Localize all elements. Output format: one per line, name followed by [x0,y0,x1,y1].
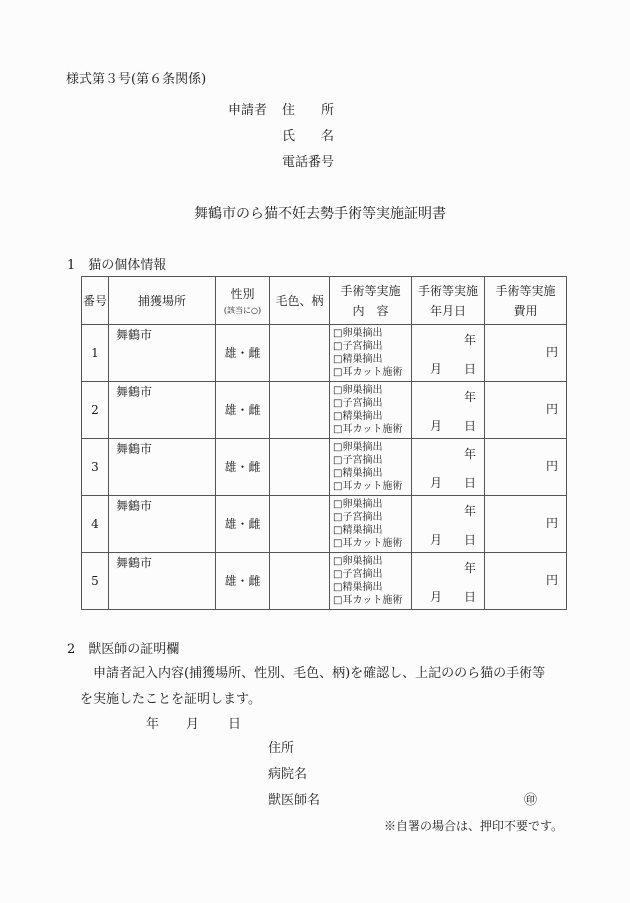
header-color: 毛色、柄 [270,277,330,325]
checkbox-testis-removal[interactable]: □精巣摘出 [333,467,411,480]
cat-info-table: 番号 捕獲場所 性別 (該当に○) 毛色、柄 手術等実施 内 容 手術等実施 年… [81,276,567,610]
cell-color[interactable] [270,325,330,382]
cell-number: 3 [82,439,109,496]
header-procedure-line1: 手術等実施 [330,281,411,301]
cell-sex[interactable]: 雄・雌 [216,382,270,439]
cert-date-month-label: 月 [186,717,199,733]
applicant-name-label: 氏 名 [282,129,334,145]
cell-date[interactable]: 年 月 日 [412,439,485,496]
checkbox-ovary-removal[interactable]: □卵巣摘出 [333,327,411,340]
cell-place[interactable]: 舞鶴市 [109,439,216,496]
checkbox-uterus-removal[interactable]: □子宮摘出 [333,340,411,353]
document-title: 舞鶴市のら猫不妊去勢手術等実施証明書 [194,205,446,223]
applicant-phone-label: 電話番号 [282,155,334,171]
table-row: 5 舞鶴市 雄・雌 □卵巣摘出 □子宮摘出 □精巣摘出 □耳カット施術 年 月 … [82,553,567,610]
cell-cost[interactable]: 円 [485,439,567,496]
certification-text-line1: 申請者記入内容(捕獲場所、性別、毛色、柄)を確認し、上記ののら猫の手術等 [93,666,545,682]
table-row: 4 舞鶴市 雄・雌 □卵巣摘出 □子宮摘出 □精巣摘出 □耳カット施術 年 月 … [82,496,567,553]
cell-procedures: □卵巣摘出 □子宮摘出 □精巣摘出 □耳カット施術 [330,553,412,610]
cell-procedures: □卵巣摘出 □子宮摘出 □精巣摘出 □耳カット施術 [330,325,412,382]
date-year-label: 年 [464,561,476,576]
cost-yen-label: 円 [546,573,558,588]
certification-text-line2: を実施したことを証明します。 [80,692,261,708]
header-date-line2: 年月日 [412,301,484,321]
checkbox-uterus-removal[interactable]: □子宮摘出 [333,397,411,410]
header-sex-label: 性別 [216,284,269,304]
header-place: 捕獲場所 [109,277,216,325]
checkbox-ovary-removal[interactable]: □卵巣摘出 [333,441,411,454]
cell-sex[interactable]: 雄・雌 [216,496,270,553]
cell-procedures: □卵巣摘出 □子宮摘出 □精巣摘出 □耳カット施術 [330,496,412,553]
vet-name-label: 獣医師名 [268,793,320,809]
date-year-label: 年 [464,447,476,462]
applicant-address-label: 住 所 [282,103,334,119]
cost-yen-label: 円 [546,459,558,474]
checkbox-testis-removal[interactable]: □精巣摘出 [333,524,411,537]
date-day-label: 日 [464,419,476,434]
seal-icon: ㊞ [524,793,537,809]
header-procedure-line2: 内 容 [330,301,411,321]
checkbox-testis-removal[interactable]: □精巣摘出 [333,353,411,366]
cell-cost[interactable]: 円 [485,325,567,382]
applicant-label: 申請者 [228,103,267,119]
cert-date-day-label: 日 [228,717,241,733]
checkbox-ear-cut[interactable]: □耳カット施術 [333,423,411,436]
checkbox-ear-cut[interactable]: □耳カット施術 [333,537,411,550]
table-row: 1 舞鶴市 雄・雌 □卵巣摘出 □子宮摘出 □精巣摘出 □耳カット施術 年 月 … [82,325,567,382]
date-month-label: 月 [430,533,442,548]
cell-procedures: □卵巣摘出 □子宮摘出 □精巣摘出 □耳カット施術 [330,382,412,439]
place-prefix: 舞鶴市 [116,385,152,400]
cell-cost[interactable]: 円 [485,496,567,553]
cert-date-year-label: 年 [146,717,159,733]
cell-date[interactable]: 年 月 日 [412,553,485,610]
cell-date[interactable]: 年 月 日 [412,382,485,439]
cell-number: 2 [82,382,109,439]
place-prefix: 舞鶴市 [116,328,152,343]
header-date-line1: 手術等実施 [412,281,484,301]
checkbox-ear-cut[interactable]: □耳カット施術 [333,480,411,493]
table-row: 2 舞鶴市 雄・雌 □卵巣摘出 □子宮摘出 □精巣摘出 □耳カット施術 年 月 … [82,382,567,439]
header-procedure: 手術等実施 内 容 [330,277,412,325]
cell-sex[interactable]: 雄・雌 [216,553,270,610]
cell-place[interactable]: 舞鶴市 [109,325,216,382]
cost-yen-label: 円 [546,516,558,531]
cell-number: 1 [82,325,109,382]
checkbox-uterus-removal[interactable]: □子宮摘出 [333,511,411,524]
cell-number: 5 [82,553,109,610]
cell-date[interactable]: 年 月 日 [412,325,485,382]
cell-sex[interactable]: 雄・雌 [216,325,270,382]
checkbox-ovary-removal[interactable]: □卵巣摘出 [333,555,411,568]
cell-color[interactable] [270,553,330,610]
header-cost-line2: 費用 [485,301,566,321]
cell-color[interactable] [270,382,330,439]
date-day-label: 日 [464,362,476,377]
table-header-row: 番号 捕獲場所 性別 (該当に○) 毛色、柄 手術等実施 内 容 手術等実施 年… [82,277,567,325]
cost-yen-label: 円 [546,345,558,360]
header-number: 番号 [82,277,109,325]
vet-address-label: 住所 [268,741,294,757]
cell-cost[interactable]: 円 [485,382,567,439]
checkbox-ovary-removal[interactable]: □卵巣摘出 [333,384,411,397]
date-year-label: 年 [464,333,476,348]
cell-color[interactable] [270,439,330,496]
cell-date[interactable]: 年 月 日 [412,496,485,553]
checkbox-uterus-removal[interactable]: □子宮摘出 [333,454,411,467]
cell-color[interactable] [270,496,330,553]
header-cost-line1: 手術等実施 [485,281,566,301]
header-date: 手術等実施 年月日 [412,277,485,325]
checkbox-uterus-removal[interactable]: □子宮摘出 [333,568,411,581]
header-cost: 手術等実施 費用 [485,277,567,325]
form-number: 様式第３号(第６条関係) [66,72,206,88]
checkbox-ear-cut[interactable]: □耳カット施術 [333,366,411,379]
cell-sex[interactable]: 雄・雌 [216,439,270,496]
place-prefix: 舞鶴市 [116,442,152,457]
cell-place[interactable]: 舞鶴市 [109,553,216,610]
date-day-label: 日 [464,533,476,548]
date-day-label: 日 [464,476,476,491]
header-sex-note: (該当に○) [216,304,269,318]
date-year-label: 年 [464,390,476,405]
vet-hospital-label: 病院名 [268,767,307,783]
table-row: 3 舞鶴市 雄・雌 □卵巣摘出 □子宮摘出 □精巣摘出 □耳カット施術 年 月 … [82,439,567,496]
cost-yen-label: 円 [546,402,558,417]
date-month-label: 月 [430,590,442,605]
cell-number: 4 [82,496,109,553]
checkbox-ovary-removal[interactable]: □卵巣摘出 [333,498,411,511]
date-year-label: 年 [464,504,476,519]
section2-heading: 2 獣医師の証明欄 [67,642,179,658]
date-month-label: 月 [430,419,442,434]
place-prefix: 舞鶴市 [116,556,152,571]
seal-note: ※自署の場合は、押印不要です。 [384,819,563,834]
cell-place[interactable]: 舞鶴市 [109,382,216,439]
cell-cost[interactable]: 円 [485,553,567,610]
date-month-label: 月 [430,362,442,377]
header-sex: 性別 (該当に○) [216,277,270,325]
date-month-label: 月 [430,476,442,491]
checkbox-ear-cut[interactable]: □耳カット施術 [333,594,411,607]
checkbox-testis-removal[interactable]: □精巣摘出 [333,581,411,594]
date-day-label: 日 [464,590,476,605]
cell-procedures: □卵巣摘出 □子宮摘出 □精巣摘出 □耳カット施術 [330,439,412,496]
cell-place[interactable]: 舞鶴市 [109,496,216,553]
place-prefix: 舞鶴市 [116,499,152,514]
checkbox-testis-removal[interactable]: □精巣摘出 [333,410,411,423]
section1-heading: 1 猫の個体情報 [67,258,166,274]
